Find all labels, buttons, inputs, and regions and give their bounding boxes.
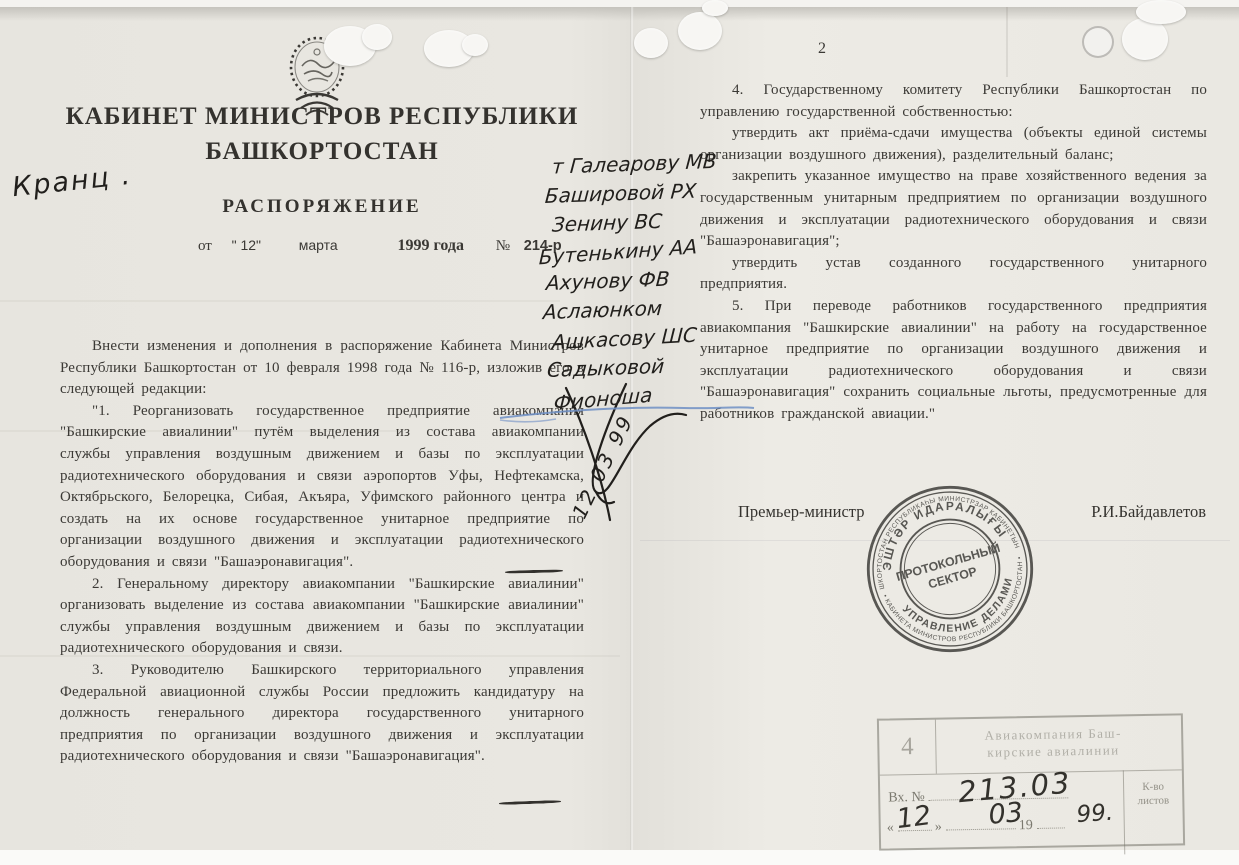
punch-hole	[362, 24, 392, 50]
number-label: №	[496, 238, 510, 255]
paragraph: закрепить указанное имущество на праве х…	[700, 166, 1207, 252]
sheets-count-cell: К-во листов	[1123, 769, 1183, 854]
dotted-line	[1036, 813, 1064, 828]
scan-edge-bottom	[0, 850, 1239, 865]
paragraph: 5. При переводе работников государственн…	[700, 296, 1207, 426]
quote-open: «	[887, 820, 894, 835]
paragraph: "1. Реорганизовать государственное предп…	[60, 401, 584, 574]
stamp-corner-number: 4	[879, 720, 937, 775]
registration-stamp-header: 4 Авиакомпания Баш- кирские авиалинии	[879, 715, 1182, 775]
paragraph: 2. Генеральному директору авиакомпании "…	[60, 574, 584, 660]
punch-hole	[702, 0, 728, 16]
paper-crease	[1006, 7, 1008, 77]
org-title-line2: БАШКОРТОСТАН	[62, 138, 582, 166]
org-title-line1: КАБИНЕТ МИНИСТРОВ РЕСПУБЛИКИ	[62, 103, 582, 131]
punch-hole	[1082, 26, 1114, 58]
paragraph: утвердить акт приёма-сдачи имущества (об…	[700, 123, 1207, 166]
punch-hole	[1122, 18, 1168, 60]
date-day: " 12"	[232, 237, 261, 253]
document-type-title: РАСПОРЯЖЕНИЕ	[62, 196, 582, 218]
date-year: 1999 года	[397, 237, 464, 255]
quote-close: »	[935, 820, 942, 835]
paragraph: 3. Руководителю Башкирского территориаль…	[60, 660, 584, 768]
punch-hole	[462, 34, 488, 56]
date-month: марта	[299, 237, 338, 253]
handwritten-day: 12	[895, 800, 933, 835]
punch-hole	[1136, 0, 1186, 24]
scanned-document: КАБИНЕТ МИНИСТРОВ РЕСПУБЛИКИ БАШКОРТОСТА…	[0, 0, 1239, 865]
punch-hole	[634, 28, 668, 58]
blue-pen-line	[498, 400, 758, 426]
registration-stamp: 4 Авиакомпания Баш- кирские авиалинии Вх…	[877, 713, 1185, 850]
sheets-label-line1: К-во	[1124, 779, 1182, 794]
handwritten-year: 99.	[1076, 800, 1114, 828]
signature-name: Р.И.Байдавлетов	[1091, 502, 1206, 522]
page-number: 2	[818, 40, 826, 58]
document-date-line: от " 12" марта 1999 года № 214-р	[198, 237, 562, 255]
date-prefix: от	[198, 238, 212, 255]
paragraph: 4. Государственному комитету Республики …	[700, 80, 1207, 123]
paragraph: Внести изменения и дополнения в распоряж…	[60, 336, 584, 401]
stamp-org-name: Авиакомпания Баш- кирские авиалинии	[943, 724, 1164, 762]
punch-hole	[678, 12, 722, 50]
scan-shadow-top	[0, 7, 1239, 21]
handwritten-names-list: т Галеарову МВБашировой РХЗенину ВСБутен…	[536, 147, 726, 414]
stamp-org-line2: кирские авиалинии	[943, 741, 1163, 762]
scanner-streak	[0, 300, 560, 302]
sheets-label-line2: листов	[1124, 793, 1182, 808]
paragraph: утвердить устав созданного государственн…	[700, 253, 1207, 296]
right-page-body: 4. Государственному комитету Республики …	[700, 80, 1207, 426]
handwritten-month: 03	[987, 797, 1024, 831]
